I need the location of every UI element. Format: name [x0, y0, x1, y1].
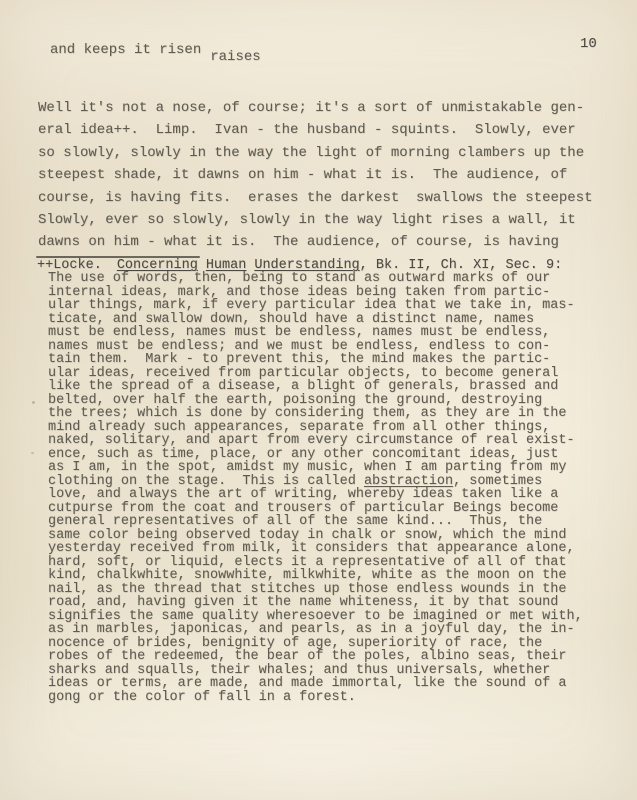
footnote-body-after: , sometimes love, and always the art of … [48, 474, 583, 705]
inserted-word: raises [210, 49, 260, 65]
main-paragraph: Well it's not a nose, of course; it's a … [38, 97, 613, 254]
paper-speck [32, 401, 35, 404]
footnote-body-before: The use of words, then, being to stand a… [48, 271, 575, 489]
manuscript-page: and keeps it risenraises 10 Well it's no… [0, 0, 637, 800]
header-annotation: and keeps it risenraises [50, 42, 261, 58]
header-annotation-text: and keeps it risen [50, 42, 201, 58]
footnote-body: The use of words, then, being to stand a… [48, 272, 626, 704]
page-number: 10 [580, 36, 597, 52]
paper-speck [31, 452, 34, 454]
paper-speck [261, 148, 264, 151]
